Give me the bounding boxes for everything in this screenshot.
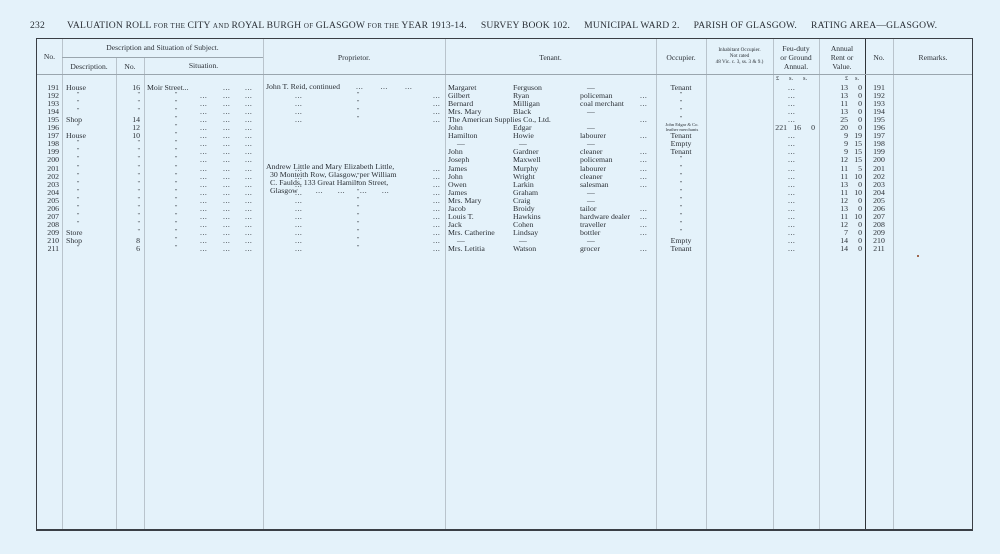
row-situation-dots: ... (245, 244, 252, 253)
col-rule (62, 39, 63, 529)
paper-speck (917, 255, 919, 257)
inhabitant-line-3: 48 Vic. c. 3, ss. 3 & 9.) (706, 59, 773, 65)
parish: PARISH OF GLASGOW. (694, 20, 797, 31)
col-rule (706, 39, 707, 529)
proprietor-name: John T. Reid, continued (266, 82, 340, 91)
tenant-last-name: Watson (513, 244, 536, 253)
col-header-no: No. (37, 52, 62, 61)
rent-pound-label: £ (845, 74, 848, 83)
feu-line-2: or Ground (773, 53, 819, 62)
row-situation-dots: ... (200, 244, 207, 253)
roll-title-text: VALUATION ROLL FOR THE CITY AND ROYAL BU… (67, 20, 467, 31)
col-header-annual-rent: Annual Rent or Value. (819, 44, 865, 71)
col-header-remarks: Remarks. (893, 53, 973, 62)
row-number-right: 211 (865, 244, 893, 253)
col-header-desc-group: Description and Situation of Subject. (62, 43, 263, 52)
col-rule (773, 39, 774, 529)
proprietor-dots: ... (433, 244, 440, 253)
row-street-no: 6 (116, 244, 140, 253)
occupation-dots: ... (640, 180, 647, 189)
survey-book: SURVEY BOOK 102. (481, 20, 570, 31)
proprietor-first: John T. Reid, continued... ... ... (266, 82, 412, 91)
page-number: 232 (30, 20, 45, 31)
tenant-occupation: — (587, 107, 595, 116)
tenant-first-name: The American Supplies Co., Ltd. (448, 115, 551, 124)
feu-pence: 0 (801, 123, 815, 132)
rent-line-1: Annual (819, 44, 865, 53)
col-header-no-right: No. (865, 53, 893, 62)
row-situation-dots: ... (223, 244, 230, 253)
row-description: Shop (66, 236, 82, 245)
proprietor-second-line-4: Glasgow... ... ... ... (270, 186, 389, 195)
row-description: House (66, 83, 86, 92)
header-rule (62, 57, 263, 58)
proprietor-ditto: " (357, 115, 359, 124)
col-rule (263, 39, 264, 529)
col-header-description: Description. (62, 62, 116, 71)
col-rule (445, 39, 446, 529)
feu-dots: ... (788, 244, 795, 253)
col-header-feu-duty: Feu-duty or Ground Annual. (773, 44, 819, 71)
feu-line-1: Feu-duty (773, 44, 819, 53)
rent-line-2: Rent or (819, 53, 865, 62)
tenant-first-name: Mrs. Catherine (448, 228, 495, 237)
feu-line-3: Annual. (773, 62, 819, 71)
col-header-tenant: Tenant. (445, 53, 656, 62)
row-situation: Moir Street... (147, 83, 189, 92)
valuation-table: No. Description and Situation of Subject… (36, 38, 973, 531)
rent-shillings: 0 (850, 244, 862, 253)
col-header-inhabitant: Inhabitant Occupier. Not rated 48 Vic. c… (706, 47, 773, 65)
row-situation: " (175, 244, 177, 253)
proprietor-dots: ... (433, 115, 440, 124)
rent-shilling-label: s. (855, 74, 859, 83)
feu-pound-label: £ (776, 74, 779, 83)
occupation-dots: ... (640, 99, 647, 108)
col-header-proprietor: Proprietor. (263, 53, 445, 62)
proprietor-glasgow: Glasgow (270, 186, 298, 195)
tenant-first-name: Mrs. Letitia (448, 244, 485, 253)
rent-line-3: Value. (819, 62, 865, 71)
col-header-occupier: Occupier. (656, 53, 706, 62)
municipal-ward: MUNICIPAL WARD 2. (584, 20, 680, 31)
row-description: " (77, 244, 79, 253)
rating-area: RATING AREA—GLASGOW. (811, 20, 937, 31)
occupation-dots: ... (640, 131, 647, 140)
col-header-situation: Situation. (144, 61, 263, 70)
row-number: 211 (37, 244, 59, 253)
rent-pounds: 14 (833, 244, 848, 253)
proprietor-dots: ... (295, 244, 302, 253)
occupation-dots: ... (640, 115, 647, 124)
proprietor-dots: ... (295, 115, 302, 124)
proprietor-ditto: " (357, 244, 359, 253)
roll-title: VALUATION ROLL FOR THE CITY AND ROYAL BU… (67, 20, 937, 31)
row-occupier: Tenant (656, 244, 706, 253)
page-header: 232 VALUATION ROLL FOR THE CITY AND ROYA… (30, 20, 980, 34)
feu-shilling-label: s. (789, 74, 793, 83)
occupation-dots: ... (640, 228, 647, 237)
col-rule (819, 39, 820, 529)
feu-pence-label: s. (803, 74, 807, 83)
col-rule (893, 39, 894, 529)
col-header-street-no: No. (116, 62, 144, 71)
row-description: Shop (66, 115, 82, 124)
occupation-dots: ... (640, 244, 647, 253)
row-description: House (66, 131, 86, 140)
feu-pounds: 221 (773, 123, 787, 132)
header-rule (37, 74, 972, 75)
col-rule (144, 57, 145, 529)
tenant-occupation: grocer (580, 244, 600, 253)
